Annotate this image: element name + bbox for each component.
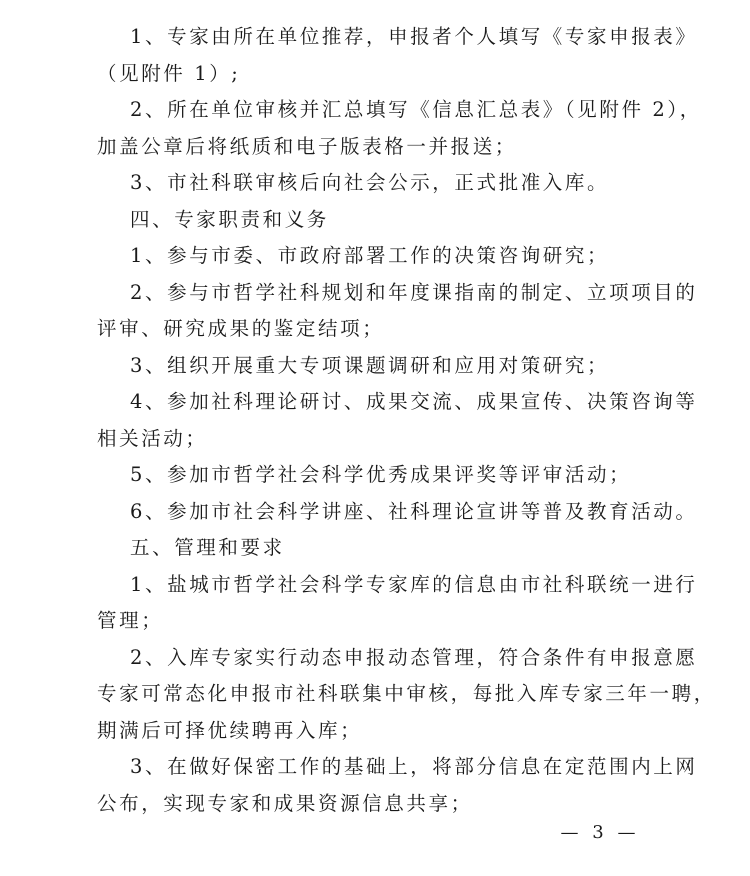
paragraph-line: 期满后可择优续聘再入库； <box>97 716 657 753</box>
paragraph-line: 相关活动； <box>97 424 657 461</box>
paragraph-line: 专家可常态化申报市社科联集中审核，每批入库专家三年一聘， <box>97 679 657 716</box>
paragraph-line: 5、参加市哲学社会科学优秀成果评奖等评审活动； <box>97 460 657 497</box>
paragraph-line: 管理； <box>97 606 657 643</box>
section-heading: 四、专家职责和义务 <box>97 205 657 242</box>
paragraph-line: 4、参加社科理论研讨、成果交流、成果宣传、决策咨询等 <box>97 387 657 424</box>
paragraph-line: 2、参与市哲学社科规划和年度课指南的制定、立项项目的 <box>97 278 657 315</box>
paragraph-line: 2、所在单位审核并汇总填写《信息汇总表》（见附件 2）， <box>97 95 657 132</box>
paragraph-line: 2、入库专家实行动态申报动态管理，符合条件有申报意愿 <box>97 643 657 680</box>
paragraph-line: （见附件 1）; <box>97 59 657 96</box>
page-number: — 3 — <box>560 822 640 843</box>
paragraph-line: 3、组织开展重大专项课题调研和应用对策研究； <box>97 351 657 388</box>
section-heading: 五、管理和要求 <box>97 533 657 570</box>
paragraph-line: 评审、研究成果的鉴定结项； <box>97 314 657 351</box>
paragraph-line: 3、在做好保密工作的基础上，将部分信息在定范围内上网 <box>97 752 657 789</box>
paragraph-line: 1、参与市委、市政府部署工作的决策咨询研究； <box>97 241 657 278</box>
paragraph-line: 3、市社科联审核后向社会公示，正式批准入库。 <box>97 168 657 205</box>
paragraph-line: 加盖公章后将纸质和电子版表格一并报送； <box>97 132 657 169</box>
paragraph-line: 1、盐城市哲学社会科学专家库的信息由市社科联统一进行 <box>97 570 657 607</box>
paragraph-line: 6、参加市社会科学讲座、社科理论宣讲等普及教育活动。 <box>97 497 657 534</box>
document-page: 1、专家由所在单位推荐，申报者个人填写《专家申报表》 （见附件 1）; 2、所在… <box>97 22 657 825</box>
paragraph-line: 1、专家由所在单位推荐，申报者个人填写《专家申报表》 <box>97 22 657 59</box>
paragraph-line: 公布，实现专家和成果资源信息共享； <box>97 789 657 826</box>
